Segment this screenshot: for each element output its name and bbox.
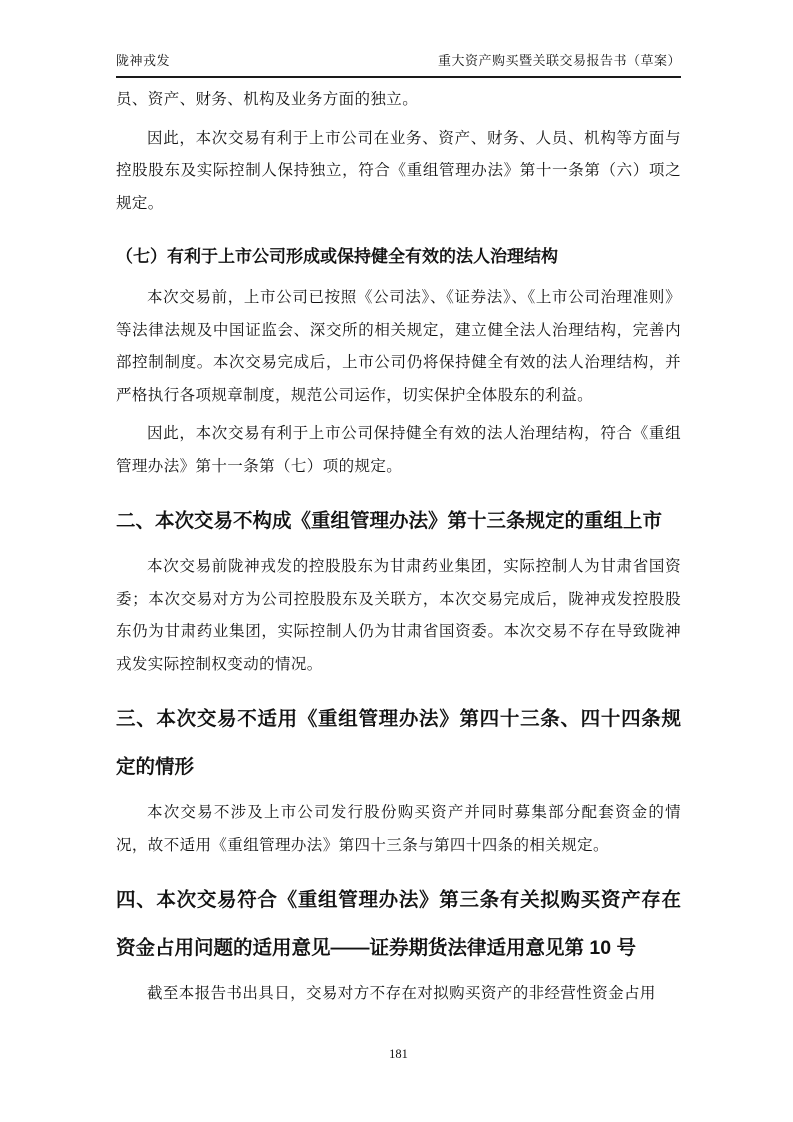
paragraph-continuation: 员、资产、财务、机构及业务方面的独立。 — [116, 84, 681, 117]
paragraph: 本次交易不涉及上市公司发行股份购买资产并同时募集部分配套资金的情况，故不适用《重… — [116, 797, 681, 862]
page-number: 181 — [389, 1047, 408, 1061]
paragraph: 截至本报告书出具日，交易对方不存在对拟购买资产的非经营性资金占用 — [116, 978, 681, 1011]
page-content: 员、资产、财务、机构及业务方面的独立。 因此，本次交易有利于上市公司在业务、资产… — [116, 78, 681, 1011]
section-heading-three: 三、本次交易不适用《重组管理办法》第四十三条、四十四条规定的情形 — [116, 695, 681, 791]
paragraph: 本次交易前陇神戎发的控股股东为甘肃药业集团，实际控制人为甘肃省国资委；本次交易对… — [116, 551, 681, 681]
paragraph: 本次交易前，上市公司已按照《公司法》、《证券法》、《上市公司治理准则》等法律法规… — [116, 282, 681, 412]
page-footer: 181 — [116, 1047, 681, 1122]
document-page: 陇神戎发 重大资产购买暨关联交易报告书（草案） 员、资产、财务、机构及业务方面的… — [0, 0, 793, 1122]
section-heading-seven: （七）有利于上市公司形成或保持健全有效的法人治理结构 — [116, 244, 681, 270]
paragraph: 因此，本次交易有利于上市公司保持健全有效的法人治理结构，符合《重组管理办法》第十… — [116, 418, 681, 483]
header-company-short-name: 陇神戎发 — [116, 50, 170, 69]
paragraph: 因此，本次交易有利于上市公司在业务、资产、财务、人员、机构等方面与控股股东及实际… — [116, 123, 681, 221]
header-report-title: 重大资产购买暨关联交易报告书（草案） — [438, 50, 681, 69]
section-heading-two: 二、本次交易不构成《重组管理办法》第十三条规定的重组上市 — [116, 497, 681, 545]
page-header: 陇神戎发 重大资产购买暨关联交易报告书（草案） — [116, 50, 681, 78]
section-heading-four: 四、本次交易符合《重组管理办法》第三条有关拟购买资产存在资金占用问题的适用意见—… — [116, 876, 681, 972]
